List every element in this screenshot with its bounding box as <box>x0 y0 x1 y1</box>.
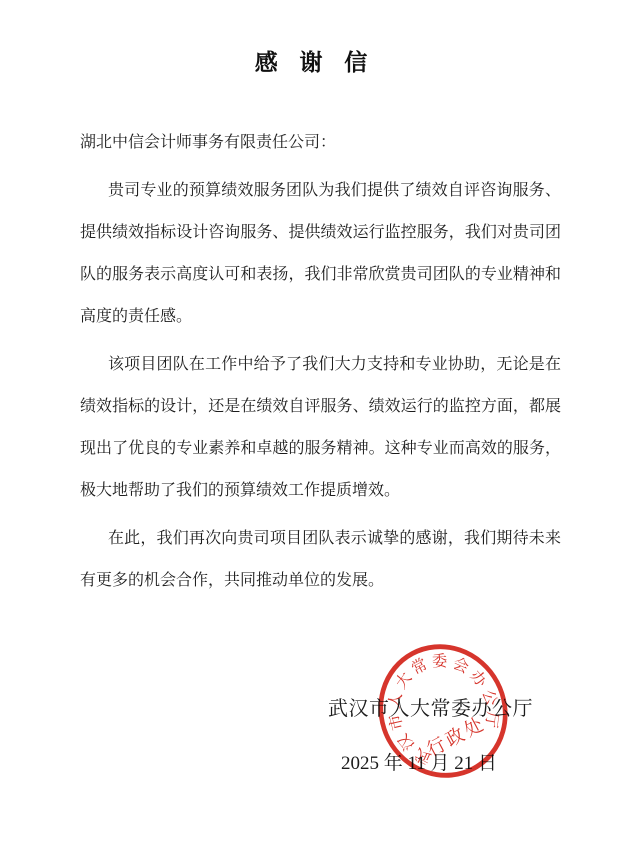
seal-ring-char: 大 <box>392 668 416 692</box>
letter-title: 感 谢 信 <box>0 44 630 77</box>
seal-ring-char: 常 <box>408 655 430 678</box>
letter-body: 湖北中信会计师事务有限责任公司： 贵司专业的预算绩效服务团队为我们提供了绩效自评… <box>80 122 561 602</box>
seal-ring-char: 办 <box>467 667 491 692</box>
date-line: 2025 年 11 月 21 日 <box>341 748 497 775</box>
paragraph-3: 在此，我们再次向贵司项目团队表示诚挚的感谢，我们期待未来有更多的机会合作，共同推… <box>80 518 561 602</box>
paragraph-2: 该项目团队在工作中给予了我们大力支持和专业协助，无论是在绩效指标的设计，还是在绩… <box>80 344 561 512</box>
salutation: 湖北中信会计师事务有限责任公司： <box>80 122 561 164</box>
seal-ring-char: 委 <box>431 652 448 671</box>
seal-ring-char: 会 <box>450 654 471 677</box>
paragraph-1: 贵司专业的预算绩效服务团队为我们提供了绩效自评咨询服务、提供绩效指标设计咨询服务… <box>80 170 561 338</box>
letter-page: 感 谢 信 湖北中信会计师事务有限责任公司： 贵司专业的预算绩效服务团队为我们提… <box>0 0 630 850</box>
signature-org: 武汉市人大常委办公厅 <box>328 692 533 721</box>
